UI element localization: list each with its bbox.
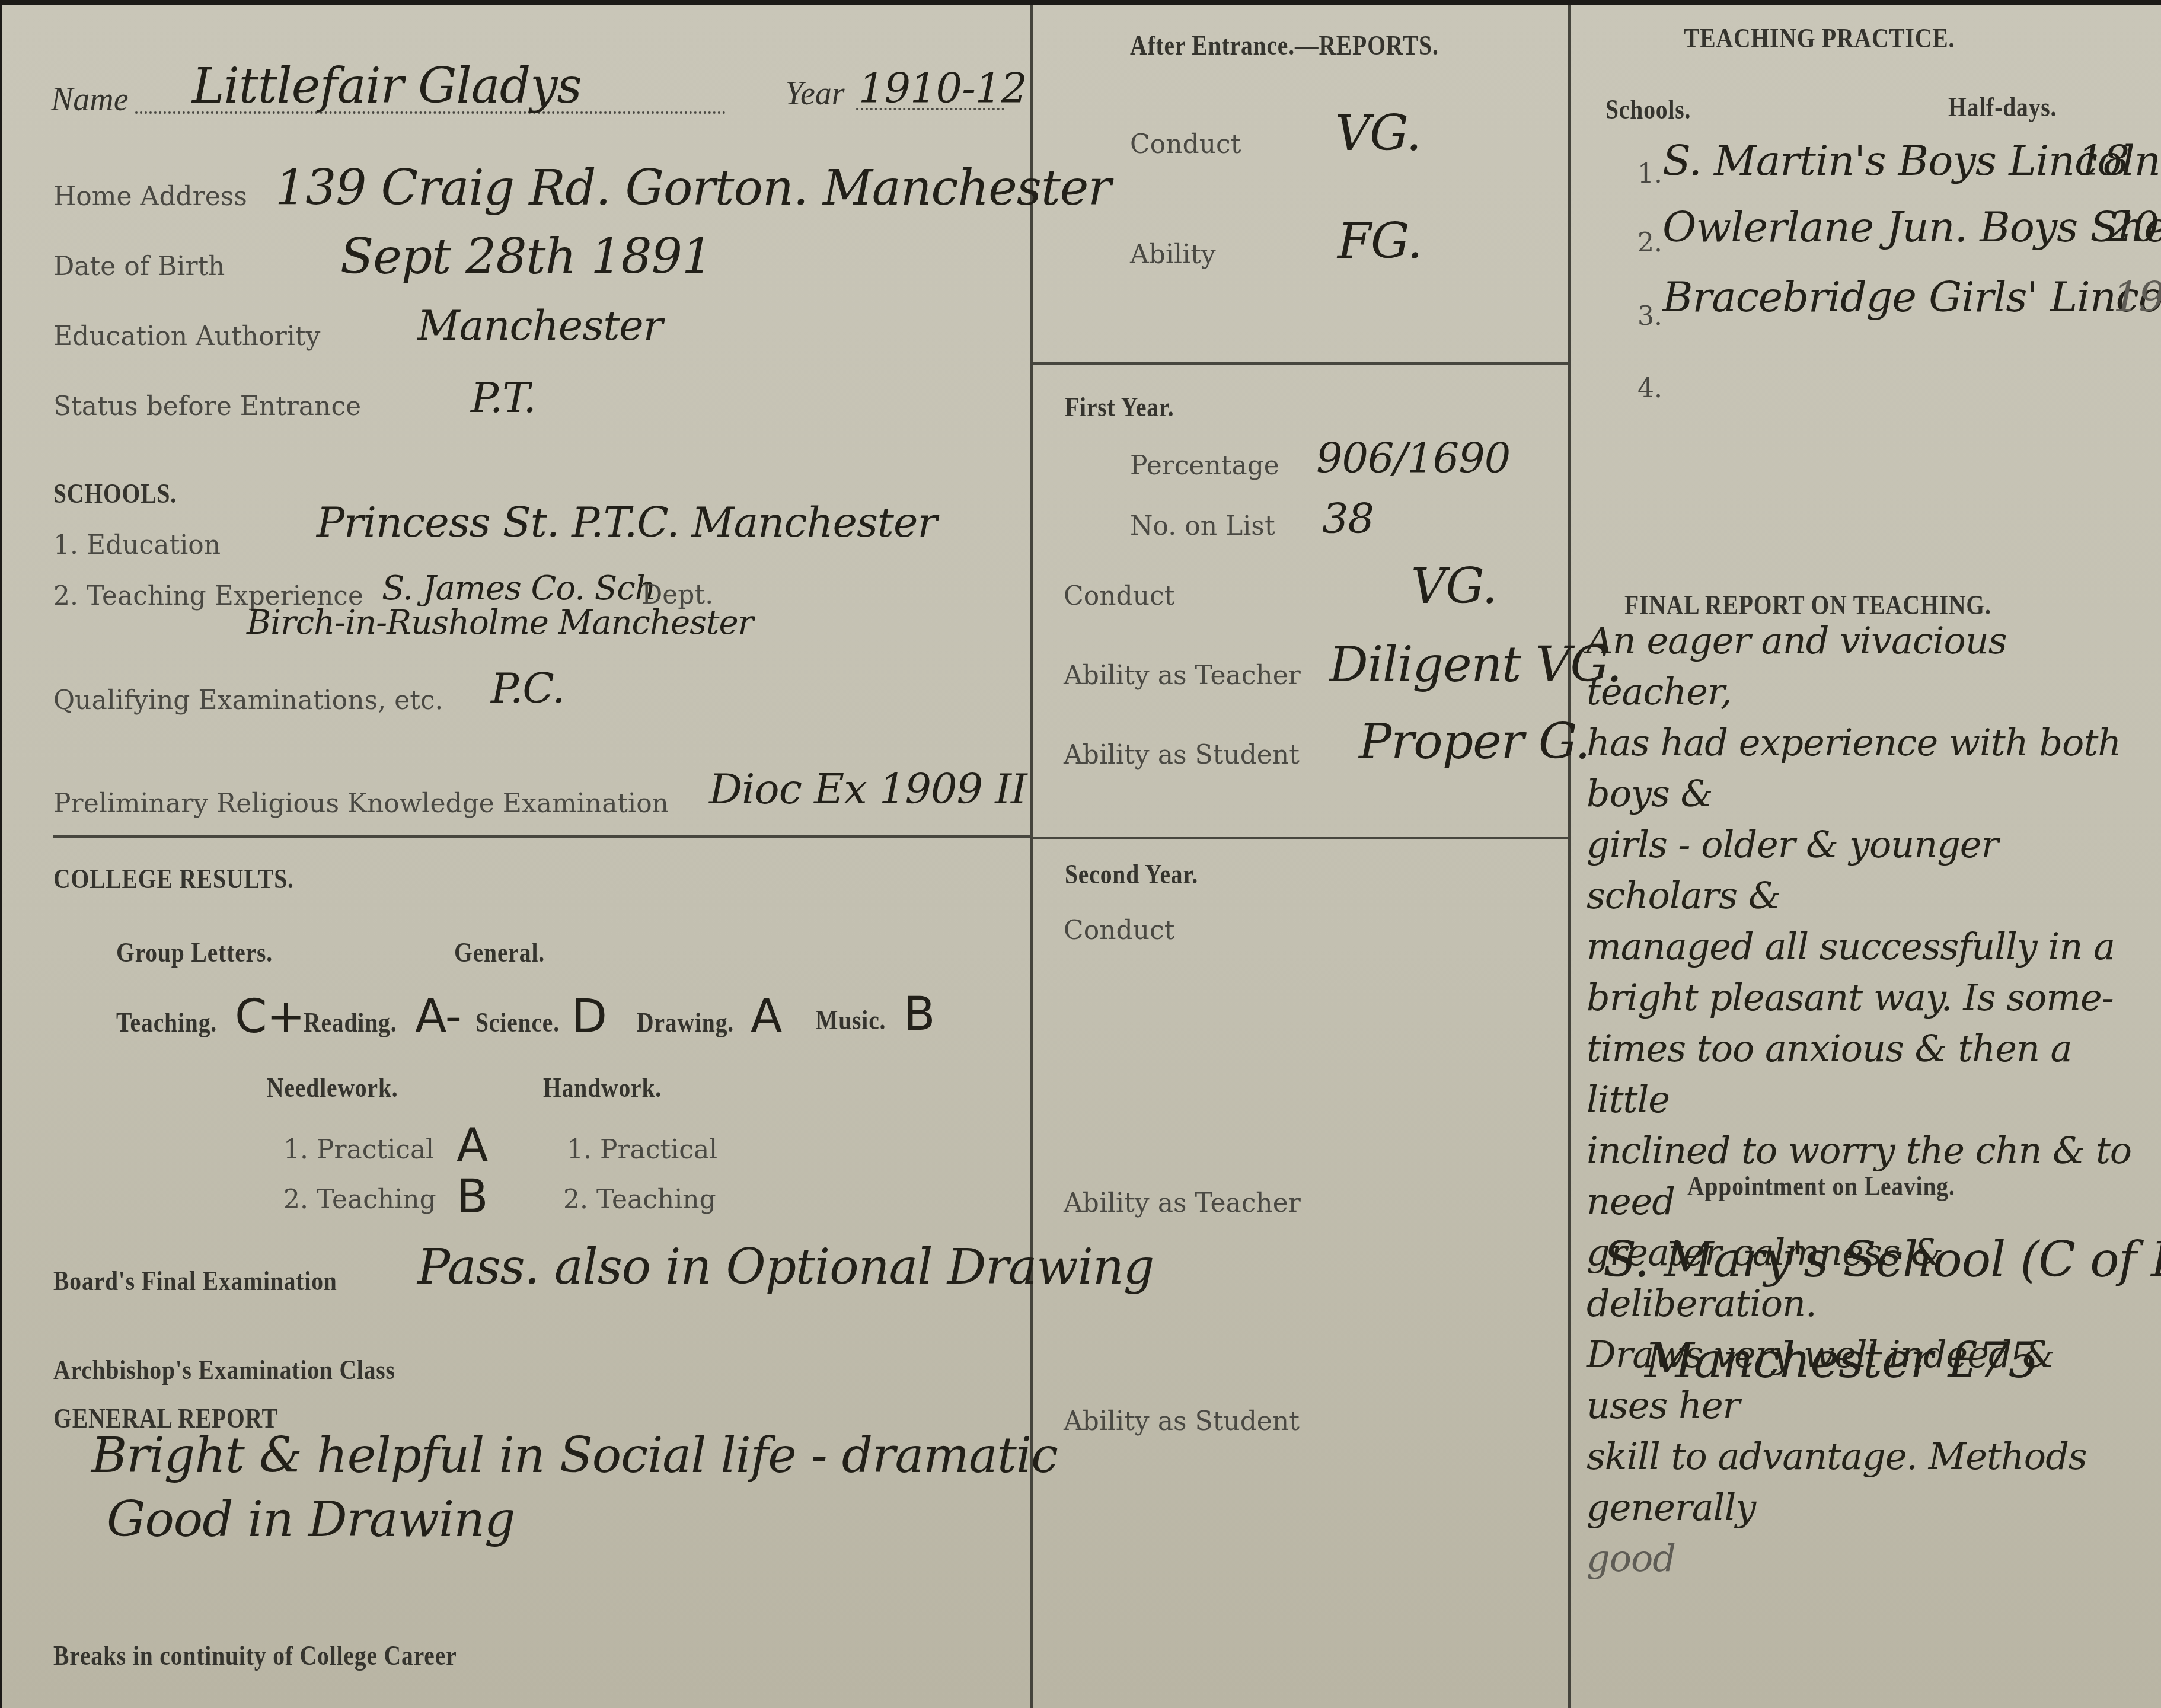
final-report-line: bright pleasant way. Is some-	[1587, 972, 2132, 1023]
appointment-label: Appointment on Leaving.	[1687, 1170, 1955, 1202]
percentage-value: 906/1690	[1316, 434, 1510, 483]
entry-halfdays: 18	[2077, 136, 2129, 185]
handwork-practical-label: 1. Practical	[567, 1135, 717, 1165]
final-report-line: An eager and vivacious teacher,	[1587, 615, 2132, 717]
grade-drawing-value: A	[751, 990, 781, 1043]
first-year-heading: First Year.	[1065, 391, 1174, 423]
final-report-line: skill to advantage. Methods generally	[1587, 1431, 2132, 1533]
education-authority-label: Education Authority	[53, 321, 320, 352]
education-label: 1. Education	[53, 530, 221, 560]
entry-school: Owlerlane Jun. Boys Sheffield	[1662, 203, 2161, 251]
general-report-line2: Good in Drawing	[107, 1492, 515, 1548]
general-report-line1: Bright & helpful in Social life - dramat…	[91, 1428, 1058, 1484]
education-value: Princess St. P.T.C. Manchester	[317, 498, 937, 547]
entry-number: 3.	[1637, 301, 1662, 331]
appointment-line1: S. Mary's School (C of E)	[1603, 1232, 2161, 1288]
entry-halfdays: 19	[2113, 273, 2161, 321]
second-year-conduct-label: Conduct	[1064, 915, 1174, 946]
boards-final-value: Pass. also in Optional Drawing	[417, 1239, 1154, 1295]
schools-heading: SCHOOLS.	[53, 478, 177, 509]
needlework-heading: Needlework.	[267, 1072, 398, 1103]
halfdays-column-label: Half-days.	[1948, 91, 2057, 123]
status-before-entrance-label: Status before Entrance	[53, 391, 361, 422]
second-year-teacher-label: Ability as Teacher	[1064, 1188, 1301, 1218]
grade-teaching-label: Teaching.	[116, 1007, 217, 1038]
needlework-practical-value: A	[457, 1119, 487, 1173]
home-address-value: 139 Craig Rd. Gorton. Manchester	[275, 160, 1111, 216]
year-label: Year	[785, 75, 845, 113]
first-year-conduct-label: Conduct	[1064, 581, 1174, 611]
first-year-student-value: Proper G.	[1359, 714, 1590, 770]
section-rule-college-results	[53, 835, 1032, 838]
grade-music-value: B	[904, 988, 935, 1041]
grade-drawing-label: Drawing.	[637, 1007, 734, 1038]
grade-teaching-value: C+	[235, 990, 305, 1043]
no-on-list-value: 38	[1322, 494, 1374, 543]
year-value: 1910-12	[858, 64, 1027, 113]
first-year-conduct-value: VG.	[1411, 558, 1497, 615]
handwork-heading: Handwork.	[543, 1072, 662, 1103]
first-year-teacher-value: Diligent VG.	[1329, 637, 1621, 693]
final-report-line: managed all successfully in a	[1587, 921, 2132, 972]
section-rule-first-year	[1033, 362, 1568, 365]
teaching-experience-value-line1: S. James Co. Sch	[382, 569, 656, 608]
grade-reading-label: Reading.	[304, 1007, 397, 1038]
breaks-in-continuity-label: Breaks in continuity of College Career	[53, 1640, 457, 1671]
home-address-label: Home Address	[53, 181, 247, 212]
entry-school: Bracebridge Girls' Lincoln	[1662, 273, 2161, 321]
section-rule-second-year	[1033, 837, 1568, 839]
religious-knowledge-label: Preliminary Religious Knowledge Examinat…	[53, 788, 669, 819]
schools-column-label: Schools.	[1605, 94, 1691, 125]
needlework-teaching-label: 2. Teaching	[283, 1185, 436, 1215]
entry-number: 1.	[1637, 159, 1662, 189]
name-value: Littlefair Gladys	[192, 58, 582, 114]
boards-final-label: Board's Final Examination	[53, 1265, 337, 1297]
grade-music-label: Music.	[816, 1004, 886, 1036]
grade-science-value: D	[572, 990, 607, 1043]
teaching-experience-value-line2: Birch-in-Rusholme Manchester	[247, 604, 753, 642]
after-entrance-conduct-value: VG.	[1335, 106, 1421, 162]
second-year-heading: Second Year.	[1065, 858, 1198, 890]
entry-halfdays: 20	[2107, 203, 2159, 251]
archbishop-exam-label: Archbishop's Examination Class	[53, 1354, 395, 1385]
education-authority-value: Manchester	[417, 301, 662, 350]
date-of-birth-value: Sept 28th 1891	[340, 229, 712, 285]
after-entrance-conduct-label: Conduct	[1130, 129, 1241, 159]
group-letters-label: Group Letters.	[116, 937, 273, 968]
teaching-practice-heading: TEACHING PRACTICE.	[1684, 23, 1955, 54]
qualifying-examinations-value: P.C.	[491, 664, 564, 713]
final-report-text: An eager and vivacious teacher, has had …	[1587, 615, 2132, 1584]
first-year-student-label: Ability as Student	[1064, 740, 1300, 770]
final-report-line: times too anxious & then a little	[1587, 1023, 2132, 1125]
grade-reading-value: A-	[415, 990, 461, 1043]
date-of-birth-label: Date of Birth	[53, 251, 225, 282]
student-record-card: Name Littlefair Gladys Year 1910-12 Home…	[2, 5, 2161, 1708]
entry-number: 2.	[1637, 228, 1662, 258]
handwork-teaching-label: 2. Teaching	[563, 1185, 716, 1215]
status-before-entrance-value: P.T.	[471, 373, 536, 422]
first-year-teacher-label: Ability as Teacher	[1064, 660, 1301, 691]
religious-knowledge-value: Dioc Ex 1909 II	[709, 765, 1027, 813]
reports-heading: After Entrance.—REPORTS.	[1130, 30, 1439, 61]
needlework-teaching-value: B	[457, 1170, 488, 1224]
after-entrance-ability-value: FG.	[1338, 213, 1422, 270]
second-year-student-label: Ability as Student	[1064, 1406, 1300, 1436]
final-report-line: girls - older & younger scholars &	[1587, 819, 2132, 921]
final-report-line: good	[1587, 1533, 2132, 1584]
column-divider-right	[1568, 5, 1571, 1708]
needlework-practical-label: 1. Practical	[283, 1135, 434, 1165]
appointment-line2: Manchester £75	[1645, 1333, 2038, 1389]
no-on-list-label: No. on List	[1130, 511, 1275, 541]
grade-science-label: Science.	[475, 1007, 560, 1038]
final-report-line: has had experience with both boys &	[1587, 717, 2132, 819]
qualifying-examinations-label: Qualifying Examinations, etc.	[53, 685, 443, 716]
percentage-label: Percentage	[1130, 451, 1279, 481]
college-results-heading: COLLEGE RESULTS.	[53, 863, 294, 895]
name-label: Name	[51, 81, 129, 119]
after-entrance-ability-label: Ability	[1130, 240, 1216, 270]
entry-number: 4.	[1637, 373, 1662, 404]
general-label: General.	[454, 937, 545, 968]
